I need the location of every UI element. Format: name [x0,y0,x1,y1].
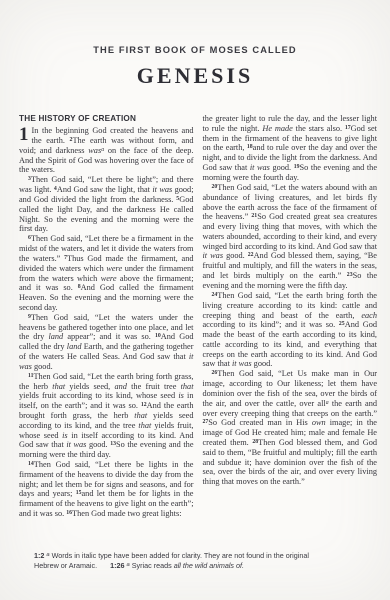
text-run: Then God made two great lights: [72,509,181,518]
verse-paragraph: 14Then God said, “Let there be lights in… [19,460,194,519]
text-run: land [67,342,82,351]
text-run: He made [262,124,292,133]
text-run: it was [203,252,224,261]
text-run: yields fruit according to its kind, whos… [19,391,178,400]
text-run: Syriac reads [130,561,174,570]
text-run: good. [32,362,53,371]
verse-paragraph: 1In the beginning God created the heaven… [19,126,194,175]
text-run: that [134,411,147,420]
verse-paragraph: 9Then God said, “Let the waters under th… [19,313,194,372]
text-run: that [52,382,65,391]
verse-paragraph: 3Then God said, “Let there be light”; an… [19,175,194,234]
text-run: all the wild animals of. [174,561,244,570]
text-run: Then God said, “Let the earth bring fort… [203,291,378,320]
verse-paragraph: 20Then God said, “Let the waters abound … [203,183,378,291]
text-run: good. [223,252,248,261]
two-column-text: THE HISTORY OF CREATION 1In the beginnin… [0,89,390,519]
text-run: 1:26 [110,561,126,570]
text-run: that [138,421,151,430]
text-run: it was [152,185,172,194]
text-column-right: the greater light to rule the day, and t… [203,114,378,519]
text-run: it was [232,359,252,368]
verse-paragraph: the greater light to rule the day, and t… [203,114,378,183]
text-run: So God created man in His [208,419,312,428]
text-run: good. [86,440,110,449]
text-run: good. [270,163,294,172]
text-run: it was [250,163,270,172]
text-run: And God saw the light, that [57,185,153,194]
text-run: and [114,382,126,391]
text-run: were [106,264,122,273]
text-run: that [181,382,194,391]
footnotes: 1:2 a Words in italic type have been add… [34,551,326,571]
text-run: 1:2 [34,551,46,560]
verse-paragraph: 24Then God said, “Let the earth bring fo… [203,291,378,369]
text-run: each [361,311,377,320]
section-heading: THE HISTORY OF CREATION [19,114,194,123]
chapter-number-dropcap: 1 [19,126,32,145]
text-run: according to its kind”; and it was so. [203,320,339,329]
text-run: good. [252,359,273,368]
text-run: the stars also. [293,124,345,133]
verse-paragraph: 6Then God said, “Let there be a firmamen… [19,234,194,313]
verse-paragraph: 26Then God said, “Let Us make man in Our… [203,369,378,487]
text-column-left: THE HISTORY OF CREATION 1In the beginnin… [19,114,194,519]
verse-paragraph: 11Then God said, “Let the earth bring fo… [19,372,194,460]
text-run: own [312,419,326,428]
text-run: the fruit tree [127,382,181,391]
text-run: was [88,146,101,155]
text-run: land [48,333,63,342]
book-kicker: THE FIRST BOOK OF MOSES CALLED [0,0,390,55]
text-run: were [101,274,117,283]
bible-page: THE FIRST BOOK OF MOSES CALLED GENESIS T… [0,0,390,600]
book-title: GENESIS [0,63,390,89]
text-run: appear”; and it was so. [63,333,155,342]
text-run: it was [66,440,86,449]
text-run: yields seed, [65,382,114,391]
